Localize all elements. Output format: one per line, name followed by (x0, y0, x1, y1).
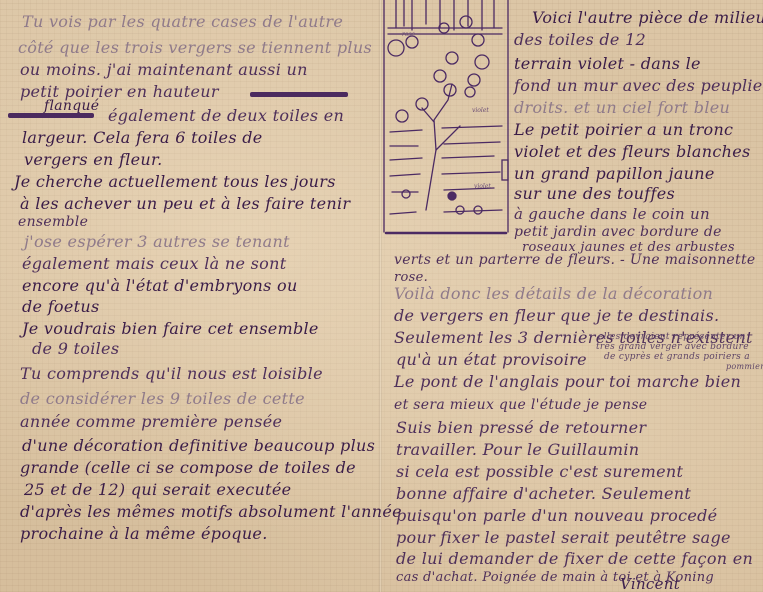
text-line: qu'à un état provisoire (396, 350, 587, 370)
margin-note-line: pommiers (726, 362, 763, 371)
text-line: bonne affaire d'acheter. Seulement (396, 484, 691, 504)
svg-text:violet: violet (472, 107, 489, 114)
text-line: Le petit poirier a un tronc (514, 120, 733, 140)
text-line: de vergers en fleur que je te destinais. (394, 306, 719, 326)
text-line: d'après les mêmes motifs absolument l'an… (20, 502, 402, 522)
letter-scan: Tu vois par les quatre cases de l'autre … (0, 0, 763, 592)
signature: Vincent (620, 574, 680, 592)
text-line: ou moins. j'ai maintenant aussi un (20, 60, 308, 80)
text-line: 25 et de 12) qui serait executée (24, 480, 291, 500)
text-line: ensemble (18, 212, 88, 232)
strikethrough-mark (250, 92, 348, 97)
text-line: vergers en fleur. (24, 150, 163, 170)
garden-sketch: rose violet violet (382, 0, 510, 236)
text-line: Voici l'autre pièce de milieu (532, 8, 763, 28)
text-line: Voilà donc les détails de la décoration (394, 284, 713, 304)
svg-text:rose: rose (402, 31, 416, 38)
text-line: encore qu'à l'état d'embryons ou (22, 276, 298, 296)
text-line: un grand papillon jaune (514, 164, 715, 184)
text-line: à les achever un peu et à les faire teni… (20, 194, 350, 214)
text-line: côté que les trois vergers se tiennent p… (18, 38, 372, 58)
text-line: Tu comprends qu'il nous est loisible (20, 364, 323, 384)
text-line: et sera mieux que l'étude je pense (394, 395, 647, 415)
text-line: violet et des fleurs blanches (514, 142, 751, 162)
text-line: également mais ceux là ne sont (22, 254, 286, 274)
sketch-drawing: rose violet violet (382, 0, 510, 236)
strikethrough-mark (8, 113, 94, 118)
text-line: droits. et un ciel fort bleu (514, 98, 730, 118)
text-line: si cela est possible c'est surement (396, 462, 683, 482)
text-line: Suis bien pressé de retourner (396, 418, 646, 438)
text-line: de lui demander de fixer de cette façon … (396, 549, 753, 569)
text-line: Le pont de l'anglais pour toi marche bie… (394, 372, 741, 392)
text-line: d'une décoration definitive beaucoup plu… (22, 436, 375, 456)
svg-text:violet: violet (474, 183, 491, 190)
text-line: j'ose espérer 3 autres se tenant (24, 232, 290, 252)
text-line: puisqu'on parle d'un nouveau procedé (396, 506, 717, 526)
right-page: rose violet violet Voici l'autre pièce d… (382, 0, 763, 592)
text-line: terrain violet - dans le (514, 54, 701, 74)
text-line: travailler. Pour le Guillaumin (396, 440, 639, 460)
text-line: également de deux toiles en (108, 106, 344, 126)
left-page: Tu vois par les quatre cases de l'autre … (0, 0, 379, 592)
text-line: largeur. Cela fera 6 toiles de (22, 128, 263, 148)
text-line: pour fixer le pastel serait peutêtre sag… (396, 528, 731, 548)
text-line: de foetus (22, 297, 99, 317)
text-line: Je cherche actuellement tous les jours (14, 172, 336, 192)
text-line: de 9 toiles (32, 339, 119, 359)
text-line: année comme première pensée (20, 412, 282, 432)
text-line: de considérer les 9 toiles de cette (20, 389, 305, 409)
text-line: Tu vois par les quatre cases de l'autre (22, 12, 343, 32)
text-line: Je voudrais bien faire cet ensemble (22, 319, 319, 339)
text-line: verts et un parterre de fleurs. - Une ma… (394, 250, 755, 270)
text-line: sur une des touffes (514, 184, 675, 204)
text-line: des toiles de 12 (514, 30, 646, 50)
text-line: prochaine à la même époque. (20, 524, 268, 544)
text-line: à gauche dans le coin un (514, 204, 710, 224)
text-line: grande (celle ci se compose de toiles de (20, 458, 356, 478)
text-line: fond un mur avec des peupliers (514, 76, 763, 96)
